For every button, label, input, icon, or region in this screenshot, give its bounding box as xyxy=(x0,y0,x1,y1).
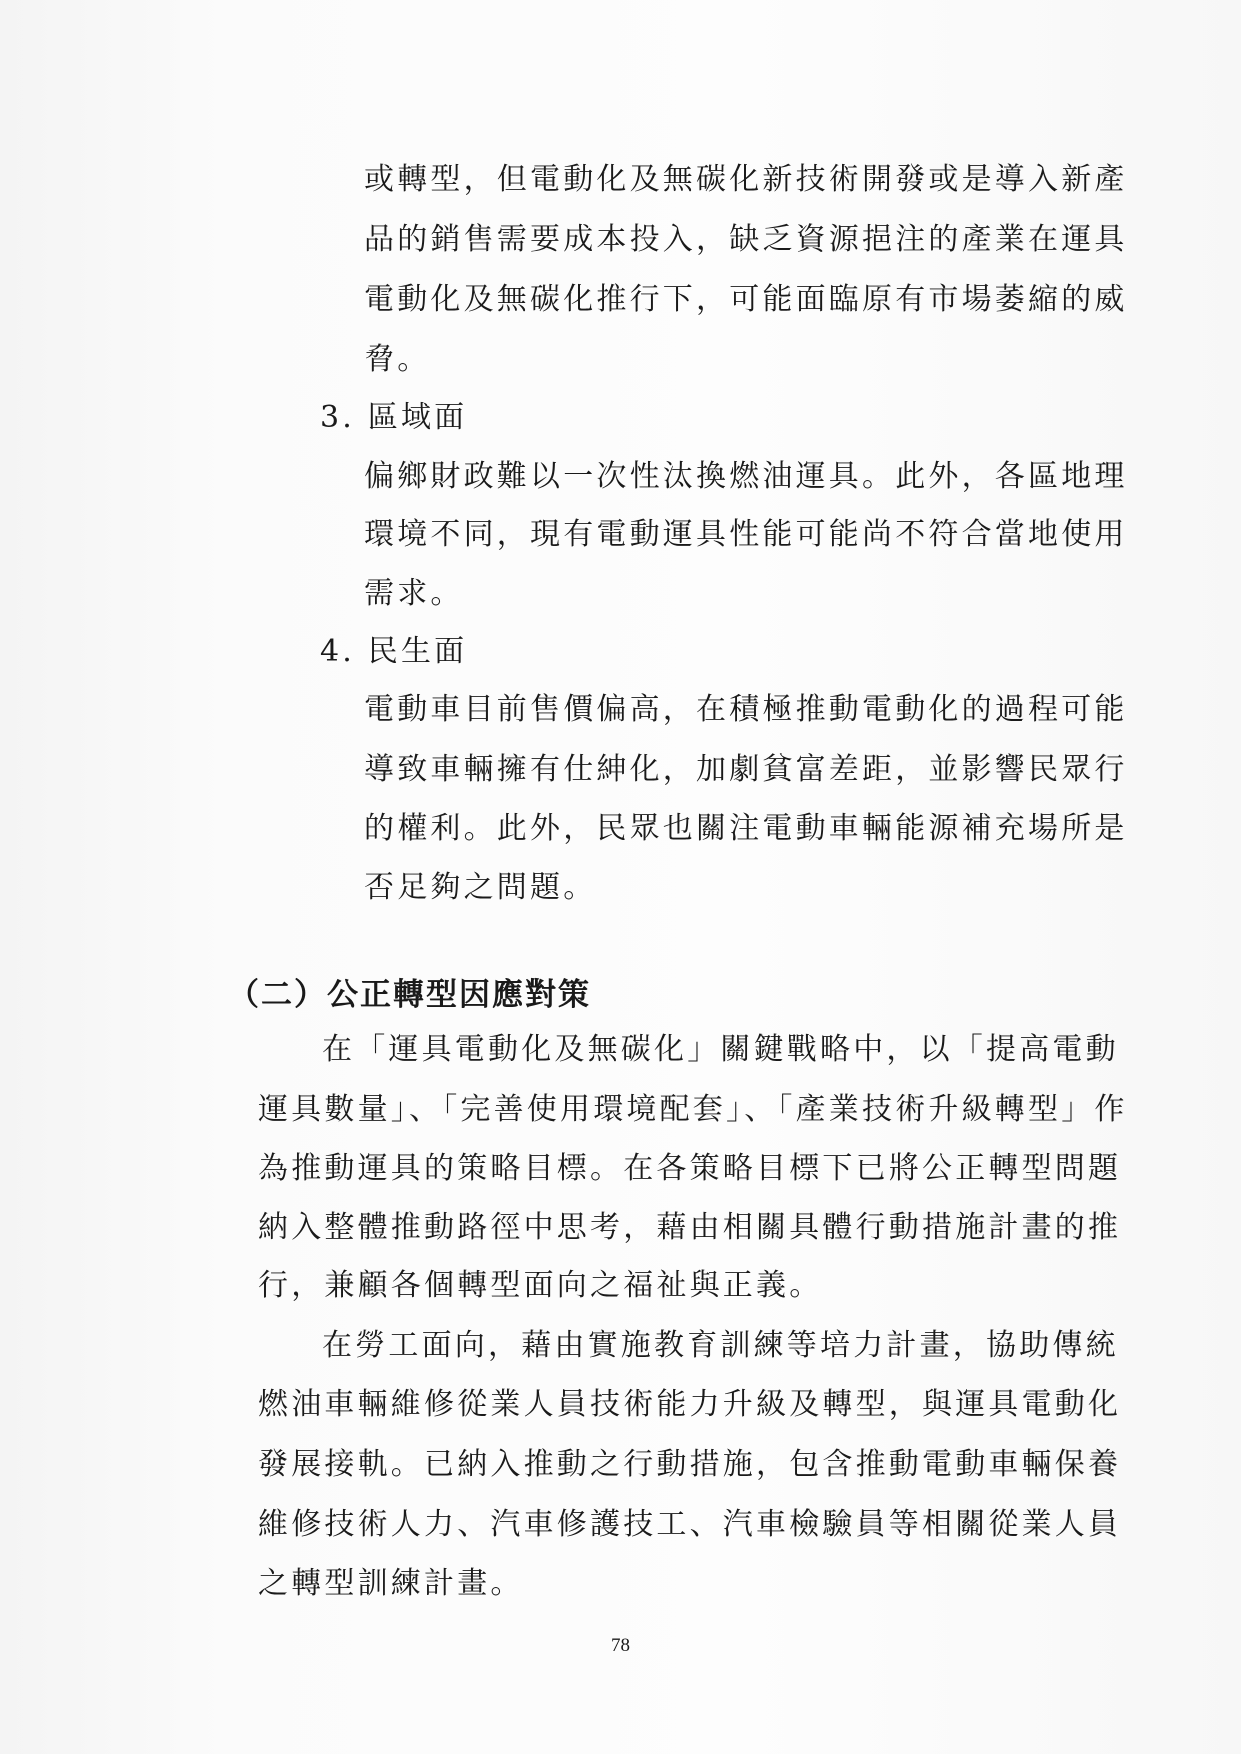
text-line: 偏鄉財政難以一次性汰換燃油運具。此外，各區地理 xyxy=(364,457,1128,497)
text-line: 燃油車輛維修從業人員技術能力升級及轉型，與運具電動化 xyxy=(258,1385,1121,1425)
list-item-title: 3. 區域面 xyxy=(320,398,467,438)
text-line: 發展接軌。已納入推動之行動措施，包含推動電動車輛保養 xyxy=(258,1445,1121,1485)
text-line: 納入整體推動路徑中思考，藉由相關具體行動措施計畫的推 xyxy=(258,1208,1121,1248)
text-line: 否足夠之問題。 xyxy=(364,868,596,908)
text-line: 行，兼顧各個轉型面向之福祉與正義。 xyxy=(258,1266,822,1306)
text-line: 電動車目前售價偏高，在積極推動電動化的過程可能 xyxy=(364,690,1128,730)
list-item-title: 4. 民生面 xyxy=(320,632,467,672)
text-line: 在勞工面向，藉由實施教育訓練等培力計畫，協助傳統 xyxy=(322,1326,1119,1366)
page-number: 78 xyxy=(0,1634,1241,1658)
text-line: 之轉型訓練計畫。 xyxy=(258,1564,524,1604)
text-line: 維修技術人力、汽車修護技工、汽車檢驗員等相關從業人員 xyxy=(258,1505,1121,1545)
text-line: 需求。 xyxy=(364,574,464,614)
section-heading: （二）公正轉型因應對策 xyxy=(228,975,591,1015)
text-line: 品的銷售需要成本投入，缺乏資源挹注的產業在運具 xyxy=(364,220,1128,260)
text-line: 環境不同，現有電動運具性能可能尚不符合當地使用 xyxy=(364,515,1128,555)
text-line: 電動化及無碳化推行下，可能面臨原有市場萎縮的威 xyxy=(364,280,1128,320)
page-background xyxy=(0,0,1241,1754)
text-line: 為推動運具的策略目標。在各策略目標下已將公正轉型問題 xyxy=(258,1149,1121,1189)
text-line: 或轉型，但電動化及無碳化新技術開發或是導入新產 xyxy=(364,160,1128,200)
text-line: 在「運具電動化及無碳化」關鍵戰略中，以「提高電動 xyxy=(322,1030,1119,1070)
text-line: 導致車輛擁有仕紳化，加劇貧富差距，並影響民眾行 xyxy=(364,750,1128,790)
text-line: 脅。 xyxy=(364,340,430,380)
text-line: 的權利。此外，民眾也關注電動車輛能源補充場所是 xyxy=(364,809,1128,849)
text-line: 運具數量」、「完善使用環境配套」、「產業技術升級轉型」作 xyxy=(258,1090,1128,1130)
